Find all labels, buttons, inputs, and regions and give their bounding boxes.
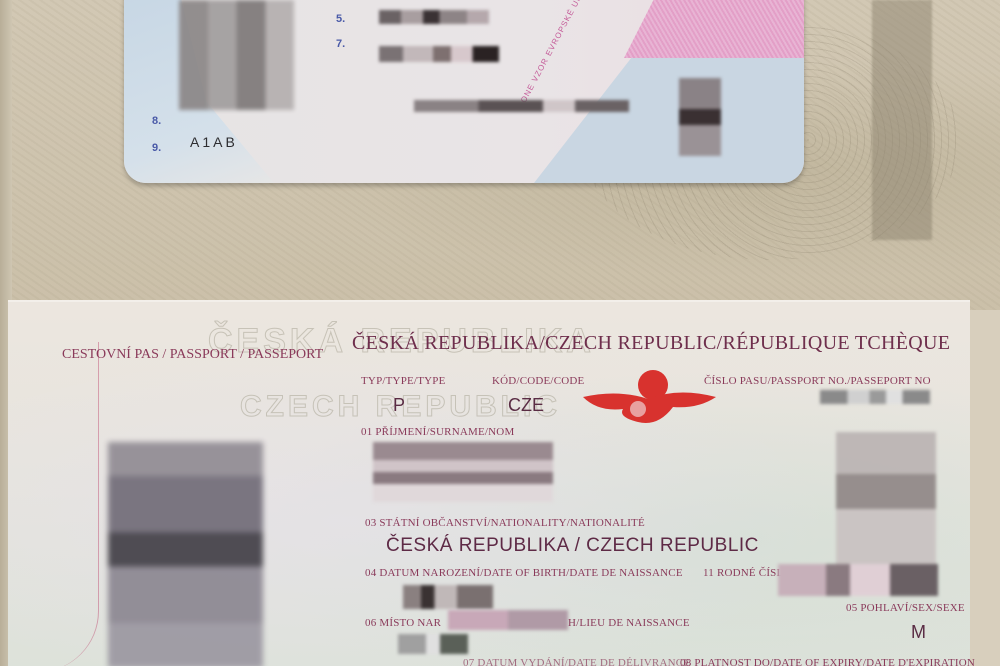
field-number-9: 9. — [152, 142, 161, 154]
security-line — [38, 342, 99, 666]
place-of-birth-label-start: 06 MÍSTO NAR — [365, 617, 441, 629]
driving-licence-card: ONE VZOR EVROPSKÉ UNIE 5. 7. 8. 9. A1AB — [124, 0, 804, 183]
card-background-right — [534, 58, 804, 183]
licence-photo-pixelated — [179, 0, 294, 110]
pixelated-signature — [679, 78, 721, 156]
card-side-text: ONE VZOR EVROPSKÉ UNIE — [519, 0, 589, 104]
sex-label: 05 POHLAVÍ/SEX/SEXE — [846, 602, 965, 614]
card-pink-pattern — [624, 0, 804, 58]
date-of-birth-label: 04 DATUM NAROZENÍ/DATE OF BIRTH/DATE DE … — [365, 567, 683, 579]
pixelated-region — [872, 0, 932, 240]
date-of-issue-label: 07 DATUM VYDÁNÍ/DATE DE DÉLIVRANCE — [463, 657, 690, 666]
passport-data-page: ČESKÁ REPUBLIKA CZECH REPUBLIC CESTOVNÍ … — [8, 300, 970, 666]
country-title: ČESKÁ REPUBLIKA/CZECH REPUBLIC/RÉPUBLIQU… — [352, 332, 950, 355]
czech-lion-emblem — [578, 367, 718, 432]
surname-label: 01 PŘÍJMENÍ/SURNAME/NOM — [361, 426, 514, 438]
place-of-birth-pixelated — [398, 634, 468, 654]
date-of-birth-pixelated — [403, 585, 493, 609]
personal-number-pixelated — [778, 564, 938, 596]
field-number-8: 8. — [152, 115, 161, 127]
pixelated-value — [414, 100, 629, 112]
nationality-value: ČESKÁ REPUBLIKA / CZECH REPUBLIC — [386, 535, 759, 557]
type-label: TYP/TYPE/TYPE — [361, 375, 446, 387]
sex-value: M — [911, 622, 926, 643]
place-of-birth-label-pixelated — [448, 610, 568, 630]
holder-photo-pixelated — [108, 442, 263, 666]
document-type-label: CESTOVNÍ PAS / PASSPORT / PASSEPORT — [62, 347, 323, 363]
pixelated-value — [379, 46, 499, 62]
surname-pixelated — [373, 442, 553, 502]
field-number-5: 5. — [336, 13, 345, 25]
field-number-7: 7. — [336, 38, 345, 50]
type-value: P — [393, 395, 405, 416]
pixelated-value — [379, 10, 489, 24]
code-value: CZE — [508, 395, 544, 416]
licence-categories: A1AB — [190, 134, 238, 150]
secondary-photo-pixelated — [836, 432, 936, 572]
nationality-label: 03 STÁTNÍ OBČANSTVÍ/NATIONALITY/NATIONAL… — [365, 517, 645, 529]
passport-number-label: ČÍSLO PASU/PASSPORT NO./PASSEPORT NO — [704, 375, 931, 387]
date-of-expiry-label: 08 PLATNOST DO/DATE OF EXPIRY/DATE D'EXP… — [680, 657, 975, 666]
passport-number-pixelated — [820, 390, 930, 404]
code-label: KÓD/CODE/CODE — [492, 375, 584, 387]
place-of-birth-label-end: H/LIEU DE NAISSANCE — [568, 617, 690, 629]
